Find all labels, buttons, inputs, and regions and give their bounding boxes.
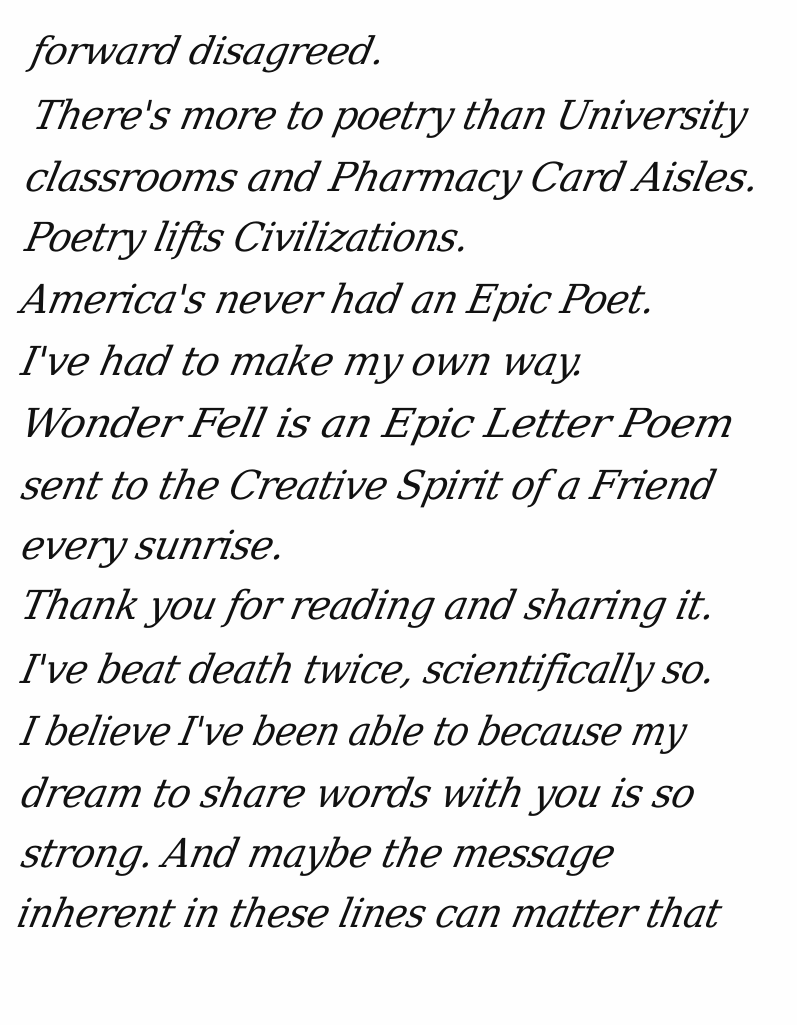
handwritten-line: dream to share words with you is so: [18, 774, 699, 814]
handwritten-line: I believe I've been able to because my: [18, 712, 689, 752]
handwritten-line: I've had to make my own way.: [18, 342, 588, 382]
handwritten-line: sent to the Creative Spirit of a Friend: [18, 466, 718, 506]
handwritten-line: Thank you for reading and sharing it.: [18, 586, 718, 626]
handwritten-page: forward disagreed. There's more to poetr…: [0, 0, 797, 1025]
handwritten-line: Poetry lifts Civilizations.: [22, 218, 472, 258]
handwritten-line: Wonder Fell is an Epic Letter Poem: [18, 404, 737, 444]
handwritten-line: inherent in these lines can matter that: [14, 894, 724, 934]
handwritten-line: There's more to poetry than University: [30, 96, 750, 136]
handwritten-line: forward disagreed.: [28, 32, 388, 70]
handwritten-line: I've beat death twice, scientifically so…: [18, 650, 718, 690]
handwritten-line: classrooms and Pharmacy Card Aisles.: [22, 158, 762, 198]
handwritten-line: strong. And maybe the message: [18, 834, 618, 874]
handwritten-line: every sunrise.: [18, 526, 288, 566]
handwritten-line: America's never had an Epic Poet.: [18, 280, 658, 320]
